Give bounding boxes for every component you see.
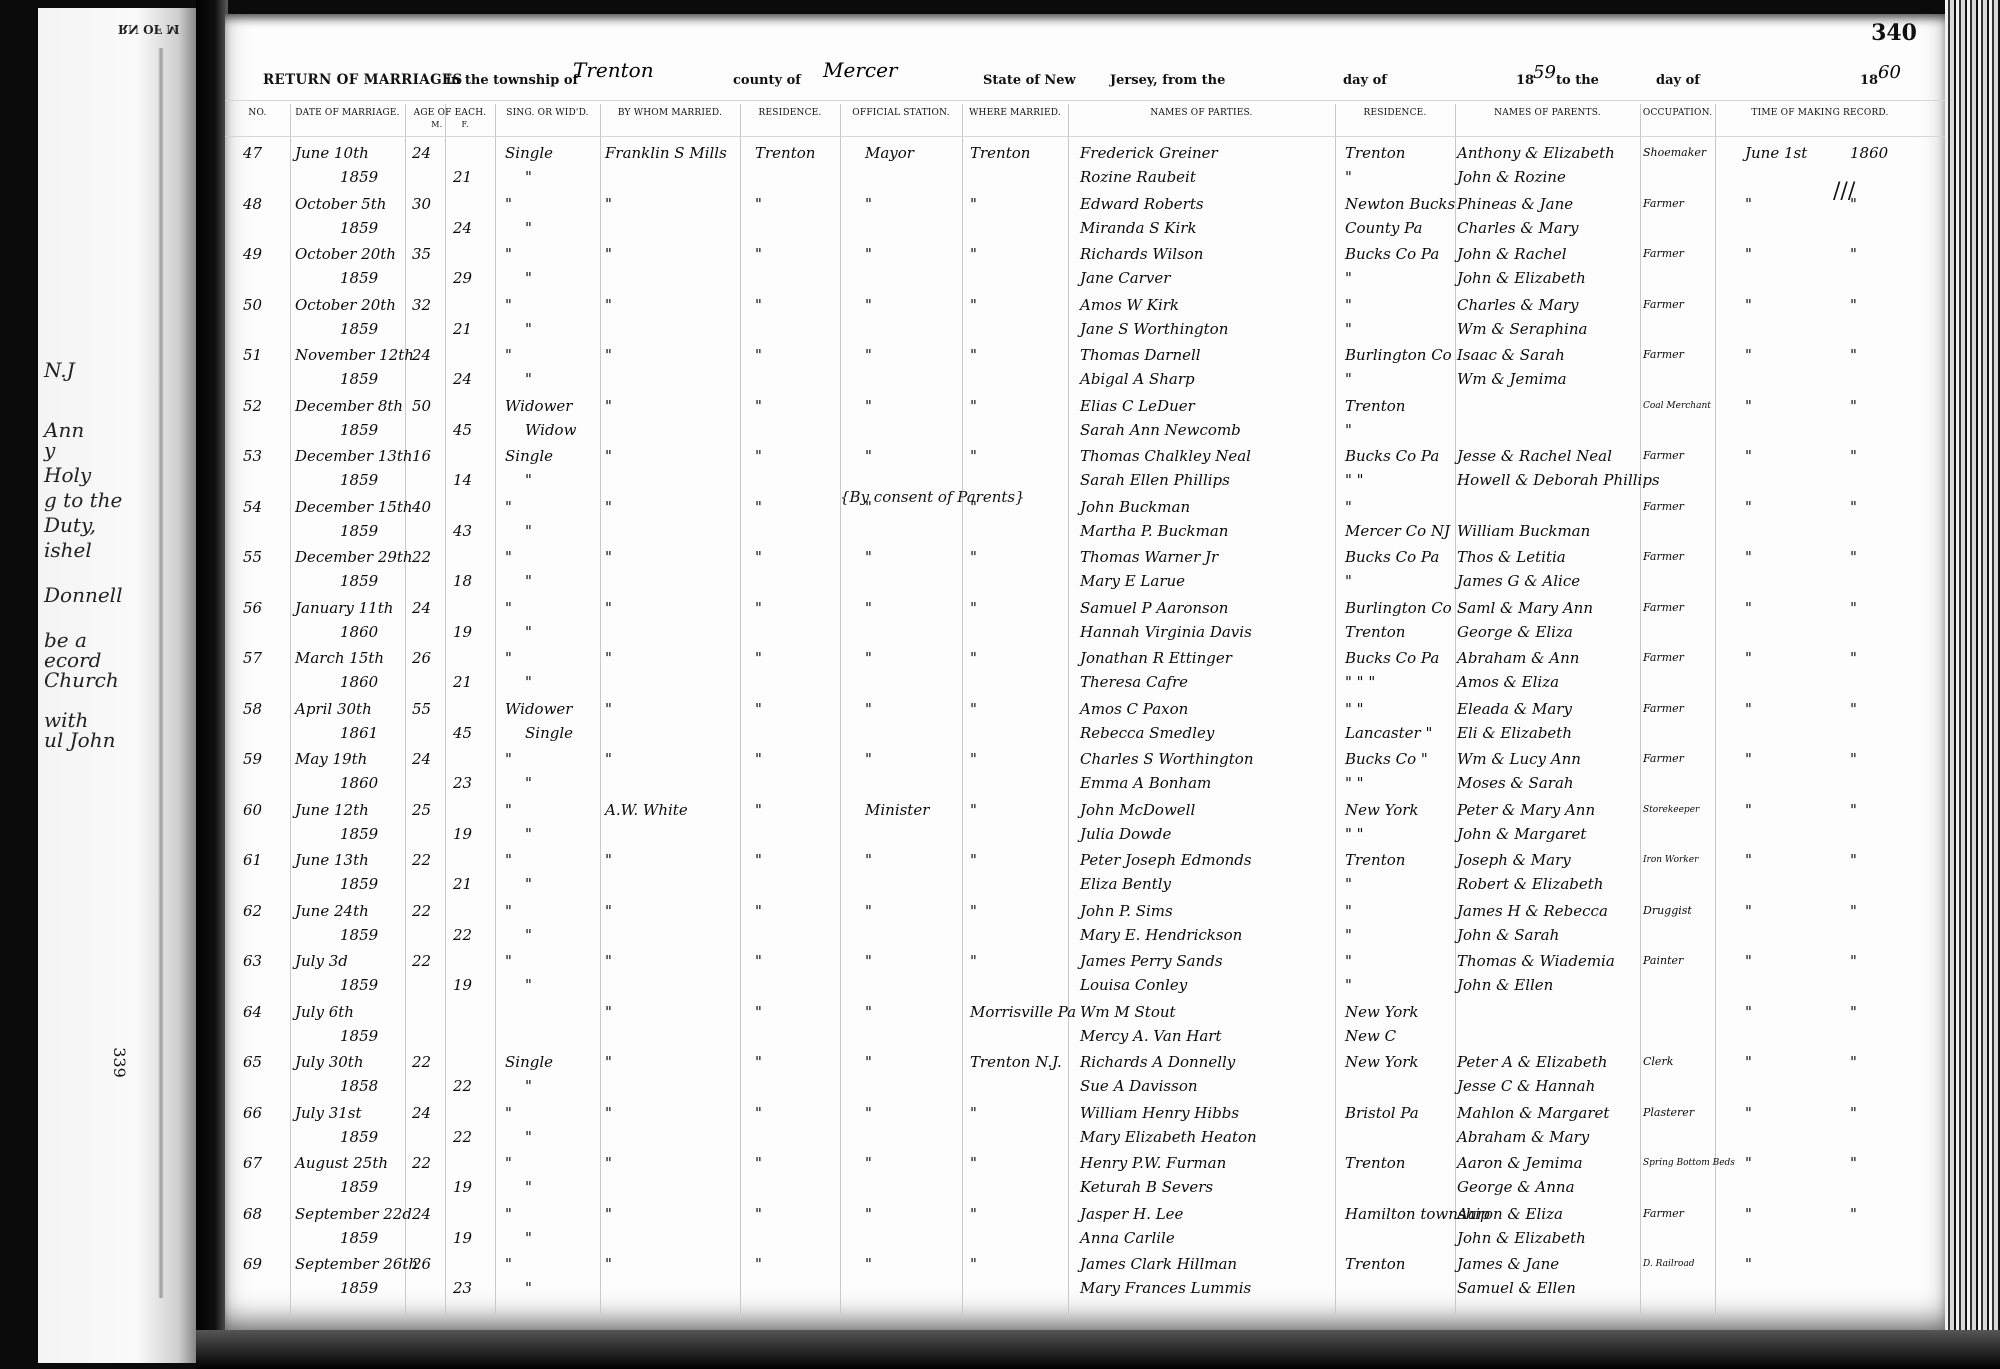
age-female: 23	[453, 1279, 472, 1297]
status-female: "	[525, 522, 532, 540]
marriage-date: March 15th	[295, 649, 384, 667]
bride-name: Hannah Virginia Davis	[1080, 623, 1252, 641]
record-time-year: 1860	[1850, 144, 1888, 162]
record-time-year: "	[1850, 346, 1857, 364]
record-number: 65	[243, 1053, 262, 1071]
where-married: Trenton N.J.	[970, 1053, 1062, 1071]
officiant-residence: "	[755, 1205, 762, 1223]
occupation: Farmer	[1643, 346, 1684, 364]
groom-residence: New York	[1345, 1053, 1419, 1071]
groom-name: William Henry Hibbs	[1080, 1104, 1239, 1122]
record-time: "	[1745, 599, 1752, 617]
header-rule	[225, 100, 1945, 101]
bride-residence: " " "	[1345, 673, 1375, 691]
marriage-date: December 8th	[295, 397, 403, 415]
status-female: "	[525, 219, 532, 237]
bride-parents: John & Rozine	[1457, 168, 1566, 186]
official-station: "	[865, 195, 872, 213]
occupation: Farmer	[1643, 548, 1684, 566]
groom-parents: Thos & Letitia	[1457, 548, 1566, 566]
groom-name: John Buckman	[1080, 498, 1190, 516]
occupation: Farmer	[1643, 447, 1684, 465]
groom-name: Richards A Donnelly	[1080, 1053, 1235, 1071]
marriage-date: December 13th	[295, 447, 413, 465]
occupation: Farmer	[1643, 750, 1684, 768]
status-female: "	[525, 168, 532, 186]
occupation: D. Railroad	[1643, 1255, 1695, 1273]
groom-parents: James & Jane	[1457, 1255, 1559, 1273]
marriage-date: April 30th	[295, 700, 372, 718]
groom-parents: Peter A & Elizabeth	[1457, 1053, 1607, 1071]
age-female: 23	[453, 774, 472, 792]
record-number: 47	[243, 144, 262, 162]
county-value: Mercer	[823, 58, 897, 82]
bride-residence: " "	[1345, 774, 1364, 792]
column-rule	[1640, 104, 1641, 1319]
where-married: "	[970, 1154, 977, 1172]
record-time-year: "	[1850, 1003, 1857, 1021]
facing-page-gutter	[158, 48, 164, 1298]
status-male: Single	[505, 1053, 553, 1071]
status-male: "	[505, 902, 512, 920]
age-female: 22	[453, 1128, 472, 1146]
age-female: 19	[453, 825, 472, 843]
record-time: "	[1745, 498, 1752, 516]
marriage-date: July 30th	[295, 1053, 364, 1071]
bride-name: Eliza Bently	[1080, 875, 1171, 893]
marriage-date: July 31st	[295, 1104, 362, 1122]
record-time: "	[1745, 1053, 1752, 1071]
occupation: Storekeeper	[1643, 801, 1699, 819]
groom-name: Edward Roberts	[1080, 195, 1204, 213]
record-time: "	[1745, 801, 1752, 819]
age-female: 18	[453, 572, 472, 590]
record-time: "	[1745, 851, 1752, 869]
facing-page-number: 339	[110, 1047, 129, 1078]
groom-parents: John & Rachel	[1457, 245, 1567, 263]
groom-parents: Charles & Mary	[1457, 296, 1578, 314]
record-time: "	[1745, 952, 1752, 970]
record-time: "	[1745, 195, 1752, 213]
status-female: "	[525, 1279, 532, 1297]
groom-residence: Trenton	[1345, 1154, 1405, 1172]
age-male: 24	[412, 599, 431, 617]
header-rule	[225, 136, 1945, 137]
township-value: Trenton	[573, 58, 654, 82]
bride-parents: John & Elizabeth	[1457, 269, 1586, 287]
age-female: 43	[453, 522, 472, 540]
record-number: 69	[243, 1255, 262, 1273]
bride-parents: Samuel & Ellen	[1457, 1279, 1576, 1297]
record-time: "	[1745, 245, 1752, 263]
official-station: Mayor	[865, 144, 914, 162]
record-number: 56	[243, 599, 262, 617]
where-married: "	[970, 195, 977, 213]
officiant-name: A.W. White	[605, 801, 688, 819]
record-time: "	[1745, 1154, 1752, 1172]
bride-name: Martha P. Buckman	[1080, 522, 1228, 540]
groom-parents: Anthony & Elizabeth	[1457, 144, 1615, 162]
official-station: "	[865, 447, 872, 465]
official-station: "	[865, 649, 872, 667]
groom-parents: Saml & Mary Ann	[1457, 599, 1593, 617]
page-bottom-shadow	[196, 1330, 2000, 1369]
status-male: Widower	[505, 700, 572, 718]
marriage-year: 1859	[340, 320, 378, 338]
record-number: 52	[243, 397, 262, 415]
bride-residence: " "	[1345, 825, 1364, 843]
col-status: SING. OR WID'D.	[495, 108, 600, 118]
record-number: 67	[243, 1154, 262, 1172]
marriage-date: January 11th	[295, 599, 393, 617]
status-male: "	[505, 498, 512, 516]
groom-name: John McDowell	[1080, 801, 1195, 819]
bride-name: Julia Dowde	[1080, 825, 1171, 843]
occupation: Painter	[1643, 952, 1683, 970]
bride-name: Theresa Cafre	[1080, 673, 1188, 691]
groom-parents: Jesse & Rachel Neal	[1457, 447, 1612, 465]
bride-name: Mary Elizabeth Heaton	[1080, 1128, 1257, 1146]
record-number: 66	[243, 1104, 262, 1122]
age-male: 35	[412, 245, 431, 263]
groom-residence: "	[1345, 296, 1352, 314]
marriage-date: July 6th	[295, 1003, 354, 1021]
bride-residence: New C	[1345, 1027, 1396, 1045]
bride-parents: Moses & Sarah	[1457, 774, 1574, 792]
marriage-year: 1859	[340, 1027, 378, 1045]
groom-name: Wm M Stout	[1080, 1003, 1176, 1021]
groom-name: James Clark Hillman	[1080, 1255, 1237, 1273]
record-time: "	[1745, 700, 1752, 718]
facing-page-fragment: Duty,	[44, 513, 96, 537]
groom-residence: " "	[1345, 700, 1364, 718]
record-number: 64	[243, 1003, 262, 1021]
official-station: "	[865, 548, 872, 566]
groom-residence: Bucks Co Pa	[1345, 447, 1439, 465]
officiant-residence: "	[755, 1154, 762, 1172]
facing-page-fragment: Church	[44, 668, 119, 692]
age-female: 19	[453, 976, 472, 994]
column-rule	[495, 104, 496, 1319]
officiant-residence: "	[755, 750, 762, 768]
official-station: "	[865, 1003, 872, 1021]
occupation: Plasterer	[1643, 1104, 1694, 1122]
status-male: "	[505, 1154, 512, 1172]
officiant-name: "	[605, 1154, 612, 1172]
official-station: "	[865, 296, 872, 314]
official-station: "	[865, 1154, 872, 1172]
bride-parents: John & Elizabeth	[1457, 1229, 1586, 1247]
groom-parents: Joseph & Mary	[1457, 851, 1571, 869]
where-married: "	[970, 447, 977, 465]
officiant-name: "	[605, 750, 612, 768]
groom-residence: Trenton	[1345, 1255, 1405, 1273]
age-female: 21	[453, 673, 472, 691]
bride-name: Abigal A Sharp	[1080, 370, 1195, 388]
groom-residence: Bristol Pa	[1345, 1104, 1419, 1122]
county-label: county of	[733, 73, 801, 88]
groom-parents: Thomas & Wiademia	[1457, 952, 1615, 970]
title-lead: RETURN OF MARRIAGES	[263, 72, 463, 88]
register-page: 340 RETURN OF MARRIAGES in the township …	[225, 14, 1945, 1344]
officiant-name: "	[605, 447, 612, 465]
record-number: 61	[243, 851, 262, 869]
occupation: Coal Merchant	[1643, 397, 1711, 415]
facing-page-fragment: g to the	[44, 488, 122, 512]
record-number: 55	[243, 548, 262, 566]
officiant-name: "	[605, 1053, 612, 1071]
official-station: "	[865, 1255, 872, 1273]
bride-residence: "	[1345, 168, 1352, 186]
marriage-year: 1860	[340, 623, 378, 641]
bride-residence: County Pa	[1345, 219, 1422, 237]
bride-name: Jane S Worthington	[1080, 320, 1228, 338]
occupation: Iron Worker	[1643, 851, 1698, 869]
col-age-sub: M. F.	[405, 120, 495, 129]
bride-residence: Trenton	[1345, 623, 1405, 641]
township-label: in the township of	[446, 73, 578, 88]
where-married: "	[970, 851, 977, 869]
bride-parents: John & Margaret	[1457, 825, 1586, 843]
age-male: 24	[412, 750, 431, 768]
groom-residence: Newton Bucks	[1345, 195, 1455, 213]
bride-parents: George & Anna	[1457, 1178, 1575, 1196]
where-married: "	[970, 801, 977, 819]
tally-mark: ///	[1833, 179, 1855, 204]
officiant-name: "	[605, 245, 612, 263]
groom-name: Thomas Chalkley Neal	[1080, 447, 1251, 465]
to-year-suffix: 60	[1878, 62, 1901, 83]
groom-parents: Aaron & Jemima	[1457, 1154, 1583, 1172]
column-rule	[962, 104, 963, 1319]
groom-residence: Burlington Co	[1345, 599, 1452, 617]
record-time-year: "	[1850, 296, 1857, 314]
from-day-label: day of	[1343, 73, 1387, 88]
bride-parents: Wm & Jemima	[1457, 370, 1567, 388]
age-male: 26	[412, 649, 431, 667]
bride-parents: John & Sarah	[1457, 926, 1559, 944]
col-occupation: OCCUPATION.	[1640, 108, 1715, 118]
status-female: "	[525, 623, 532, 641]
groom-parents: Wm & Lucy Ann	[1457, 750, 1581, 768]
marriage-year: 1859	[340, 1279, 378, 1297]
record-number: 48	[243, 195, 262, 213]
bride-name: Sarah Ann Newcomb	[1080, 421, 1241, 439]
marriage-year: 1859	[340, 219, 378, 237]
status-male: "	[505, 346, 512, 364]
bride-name: Sarah Ellen Phillips	[1080, 471, 1230, 489]
officiant-name: "	[605, 952, 612, 970]
groom-parents: Eleada & Mary	[1457, 700, 1572, 718]
occupation: Druggist	[1643, 902, 1692, 920]
status-female: "	[525, 1077, 532, 1095]
consent-note: {By consent of Parents}	[840, 488, 1025, 506]
record-time-year: "	[1850, 498, 1857, 516]
bride-residence: "	[1345, 976, 1352, 994]
status-male: "	[505, 1104, 512, 1122]
to-label: to the	[1556, 73, 1599, 88]
groom-residence: "	[1345, 498, 1352, 516]
record-time: "	[1745, 902, 1752, 920]
age-male: 50	[412, 397, 431, 415]
marriage-date: June 10th	[295, 144, 369, 162]
status-male: "	[505, 649, 512, 667]
official-station: "	[865, 1053, 872, 1071]
age-female: 14	[453, 471, 472, 489]
col-age-m: M.	[431, 120, 442, 129]
officiant-residence: "	[755, 245, 762, 263]
status-male: "	[505, 801, 512, 819]
bride-name: Miranda S Kirk	[1080, 219, 1197, 237]
occupation: Clerk	[1643, 1053, 1673, 1071]
bride-residence: "	[1345, 926, 1352, 944]
where-married: "	[970, 1205, 977, 1223]
column-rule	[405, 104, 406, 1319]
marriage-year: 1859	[340, 168, 378, 186]
record-time: "	[1745, 1205, 1752, 1223]
facing-page: RN OF M N.JAnnyHolyg to theDuty,ishelDon…	[38, 8, 203, 1363]
col-where-married: WHERE MARRIED.	[962, 108, 1068, 118]
bride-residence: "	[1345, 572, 1352, 590]
marriage-year: 1859	[340, 926, 378, 944]
age-male: 55	[412, 700, 431, 718]
age-male: 25	[412, 801, 431, 819]
record-time-year: "	[1850, 1154, 1857, 1172]
column-rule	[290, 104, 291, 1319]
groom-name: Jasper H. Lee	[1080, 1205, 1183, 1223]
where-married: "	[970, 548, 977, 566]
marriage-year: 1859	[340, 1128, 378, 1146]
status-female: "	[525, 976, 532, 994]
marriage-date: November 12th	[295, 346, 414, 364]
column-rule	[840, 104, 841, 1319]
marriage-year: 1859	[340, 471, 378, 489]
officiant-name: "	[605, 397, 612, 415]
bride-parents: Eli & Elizabeth	[1457, 724, 1572, 742]
age-female: 45	[453, 421, 472, 439]
bride-name: Louisa Conley	[1080, 976, 1187, 994]
age-male: 32	[412, 296, 431, 314]
status-female: "	[525, 774, 532, 792]
state-label-2: Jersey, from the	[1110, 73, 1225, 88]
where-married: "	[970, 397, 977, 415]
official-station: "	[865, 599, 872, 617]
marriage-year: 1859	[340, 1229, 378, 1247]
record-time: "	[1745, 750, 1752, 768]
officiant-name: "	[605, 902, 612, 920]
officiant-name: "	[605, 195, 612, 213]
bride-parents: Charles & Mary	[1457, 219, 1578, 237]
marriage-date: May 19th	[295, 750, 367, 768]
occupation: Farmer	[1643, 599, 1684, 617]
column-rule	[740, 104, 741, 1319]
marriage-year: 1860	[340, 774, 378, 792]
age-male: 40	[412, 498, 431, 516]
marriage-year: 1859	[340, 976, 378, 994]
status-male: Widower	[505, 397, 572, 415]
groom-parents: Abraham & Ann	[1457, 649, 1579, 667]
bride-parents: Amos & Eliza	[1457, 673, 1559, 691]
record-time-year: "	[1850, 750, 1857, 768]
marriage-date: September 22d	[295, 1205, 412, 1223]
officiant-name: "	[605, 1003, 612, 1021]
groom-parents: Isaac & Sarah	[1457, 346, 1565, 364]
marriage-date: September 26th	[295, 1255, 418, 1273]
groom-parents: Mahlon & Margaret	[1457, 1104, 1609, 1122]
age-male: 24	[412, 1205, 431, 1223]
record-time: "	[1745, 548, 1752, 566]
official-station: "	[865, 1205, 872, 1223]
officiant-name: "	[605, 346, 612, 364]
age-male: 22	[412, 1053, 431, 1071]
officiant-residence: "	[755, 498, 762, 516]
occupation: Farmer	[1643, 1205, 1684, 1223]
record-number: 50	[243, 296, 262, 314]
bride-parents: Howell & Deborah Phillips	[1457, 471, 1660, 489]
bride-parents: Jesse C & Hannah	[1457, 1077, 1595, 1095]
status-female: "	[525, 320, 532, 338]
record-time: "	[1745, 1255, 1752, 1273]
groom-parents: Peter & Mary Ann	[1457, 801, 1595, 819]
col-by-whom: BY WHOM MARRIED.	[600, 108, 740, 118]
record-time: "	[1745, 296, 1752, 314]
officiant-residence: "	[755, 902, 762, 920]
record-time: "	[1745, 397, 1752, 415]
bride-residence: "	[1345, 320, 1352, 338]
where-married: "	[970, 599, 977, 617]
groom-name: Samuel P Aaronson	[1080, 599, 1228, 617]
record-time: "	[1745, 1003, 1752, 1021]
status-male: "	[505, 296, 512, 314]
status-female: "	[525, 1128, 532, 1146]
col-age-f: F.	[462, 120, 469, 129]
age-male: 24	[412, 144, 431, 162]
status-female: "	[525, 1229, 532, 1247]
facing-page-fragment: Holy	[44, 463, 91, 487]
col-no: NO.	[225, 108, 290, 118]
official-station: "	[865, 952, 872, 970]
marriage-year: 1859	[340, 572, 378, 590]
status-male: "	[505, 599, 512, 617]
column-rule	[445, 104, 446, 1319]
bride-name: Mary Frances Lummis	[1080, 1279, 1251, 1297]
groom-name: Amos C Paxon	[1080, 700, 1188, 718]
officiant-residence: "	[755, 548, 762, 566]
where-married: "	[970, 902, 977, 920]
officiant-residence: "	[755, 296, 762, 314]
col-official-station: OFFICIAL STATION.	[840, 108, 962, 118]
record-time-year: "	[1850, 599, 1857, 617]
page-edges	[1945, 0, 2000, 1369]
officiant-name: "	[605, 700, 612, 718]
official-station: "	[865, 700, 872, 718]
marriage-date: June 24th	[295, 902, 369, 920]
officiant-residence: Trenton	[755, 144, 815, 162]
where-married: "	[970, 700, 977, 718]
bride-name: Mary E Larue	[1080, 572, 1185, 590]
record-number: 63	[243, 952, 262, 970]
marriage-date: December 15th	[295, 498, 413, 516]
officiant-residence: "	[755, 1053, 762, 1071]
groom-name: Jonathan R Ettinger	[1080, 649, 1232, 667]
where-married: Morrisville Pa	[970, 1003, 1076, 1021]
facing-page-fragment: y	[44, 438, 55, 462]
where-married: "	[970, 1255, 977, 1273]
from-year-prefix: 18	[1516, 73, 1534, 88]
marriage-year: 1859	[340, 1178, 378, 1196]
officiant-name: "	[605, 851, 612, 869]
bride-parents: Wm & Seraphina	[1457, 320, 1587, 338]
